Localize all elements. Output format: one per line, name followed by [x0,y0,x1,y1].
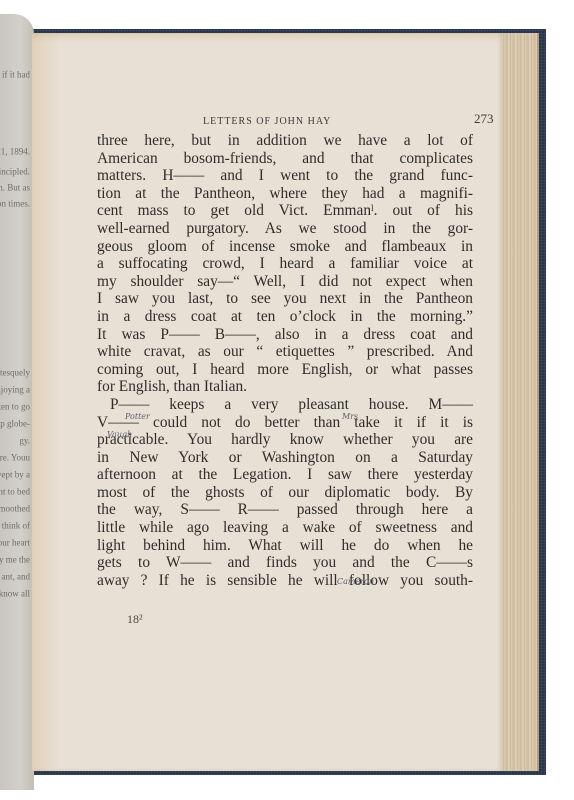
left-page-fragment: swept by a [0,469,30,480]
text-line: for English, than Italian. [97,378,473,396]
pencil-annotation: Potter [125,412,150,421]
text-line: geous gloom of incense smoke and flambea… [97,238,473,256]
text-line: cent mass to get old Vict. Emmanˡ. out o… [97,202,473,220]
left-page-fragment: unprincipled. [0,166,30,177]
text-line: gets to W—— and finds you and the C——s [97,554,473,572]
left-page-fragment: in your heart [0,537,30,548]
left-page-fragment: s if it had [0,69,30,80]
text-line: tion at the Pantheon, where they had a m… [97,185,473,203]
text-line: P—— keeps a very pleasant house. M—— [97,396,473,414]
text-line: a suffocating crowd, I heard a familiar … [97,255,473,273]
text-line: coming out, I heard more English, or wha… [97,361,473,379]
text-line: most of the ghosts of our diplomatic bod… [97,484,473,502]
left-page-fragment: went to bed [0,486,30,497]
text-line: American bosom-friends, and that complic… [97,150,473,168]
left-page-fragment: ed, ant, and [0,571,30,582]
text-line: in a dress coat at ten o’clock in the mo… [97,308,473,326]
text-line: in New York or Washington on a Saturday [97,449,473,467]
body-text: three here, but in addition we have a lo… [97,132,473,589]
pencil-annotation: Cameron [337,577,374,586]
text-line: light behind him. What will he do when h… [97,537,473,555]
left-page-fragment: I think of [0,520,30,531]
text-line: V—— could not do better than take it if … [97,414,473,432]
text-line: away ? If he is sensible he will follow … [97,572,473,590]
open-book: s if it had r 21, 1894. unprincipled. on… [0,0,574,800]
signature-mark: 18² [127,612,143,627]
text-line: the way, S—— R—— passed through here a [97,501,473,519]
text-line: my shoulder say—“ Well, I did not expect… [97,273,473,291]
text-line: afternoon at the Legation. I saw there y… [97,466,473,484]
text-line: practicable. You hardly know whether you… [97,431,473,449]
left-page-fragment: there. Youu [0,452,30,463]
text-line: three here, but in addition we have a lo… [97,132,473,150]
left-page-fragment: gy. [19,435,30,446]
left-page: s if it had r 21, 1894. unprincipled. on… [0,14,34,790]
left-page-fragment: taken to go [0,401,30,412]
pencil-annotation: Mrs [342,412,358,421]
page-number: 273 [474,111,494,127]
text-line: It was P—— B——, also in a dress coat and [97,326,473,344]
left-page-fragment: joy me the [0,554,30,565]
left-page-fragment: million times. [0,198,30,209]
text-line: well-earned purgatory. As we stood in th… [97,220,473,238]
left-page-fragment: on. But as [0,182,30,193]
page-fore-edge [497,33,539,771]
left-page-fragment: stop globe- [0,418,30,429]
text-line: white cravat, as our “ etiquettes ” pres… [97,343,473,361]
text-line: matters. H—— and I went to the grand fun… [97,167,473,185]
running-head: LETTERS OF JOHN HAY [203,116,331,127]
left-page-fragment: enjoying a [0,384,30,395]
text-line: I saw you last, to see you next in the P… [97,290,473,308]
left-page-fragment: and smoothed [0,503,30,514]
pencil-annotation: Vaugh [107,430,132,439]
text-line: little while ago leaving a wake of sweet… [97,519,473,537]
left-page-fragment: grotesquely [0,367,30,378]
left-page-fragment: r 21, 1894. [0,146,30,157]
left-page-fragment: We know all [0,588,30,599]
